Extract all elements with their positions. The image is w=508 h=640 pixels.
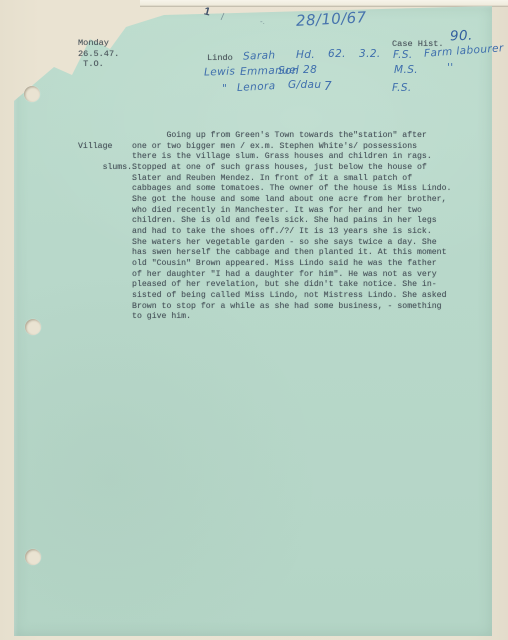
register-status: M.S. xyxy=(394,64,418,76)
punch-hole-bottom xyxy=(25,549,41,565)
register-age: 62. xyxy=(328,48,346,60)
register-age: 7 xyxy=(324,79,332,93)
register-surname: Lindo xyxy=(207,53,233,63)
punch-hole-middle xyxy=(25,319,41,335)
scanned-document-page: 1 / -. 28/10/67 Monday 26.5.47. T.O. Cas… xyxy=(0,0,508,640)
register-relation: Son xyxy=(278,65,299,77)
register-age: 28 xyxy=(303,64,317,76)
register-first-name: Lenora xyxy=(237,80,276,94)
register-occupation: Farm labourer xyxy=(424,42,504,60)
register-occupation-ditto: '' xyxy=(447,62,454,74)
typed-case-notes: Going up from Green's Town towards the"s… xyxy=(78,131,451,323)
household-register: Lindo Sarah Hd. 62. 3.2. F.S. Farm labou… xyxy=(0,0,508,110)
register-relation: Hd. xyxy=(296,49,315,61)
register-relation: G/dau xyxy=(288,79,321,91)
register-status: F.S. xyxy=(393,49,413,61)
register-surname-ditto: " xyxy=(222,83,227,95)
register-first-name: Sarah xyxy=(243,49,276,62)
register-surname: Lewis xyxy=(204,65,236,78)
register-code: 3.2. xyxy=(359,48,381,60)
register-status: F.S. xyxy=(392,82,412,94)
